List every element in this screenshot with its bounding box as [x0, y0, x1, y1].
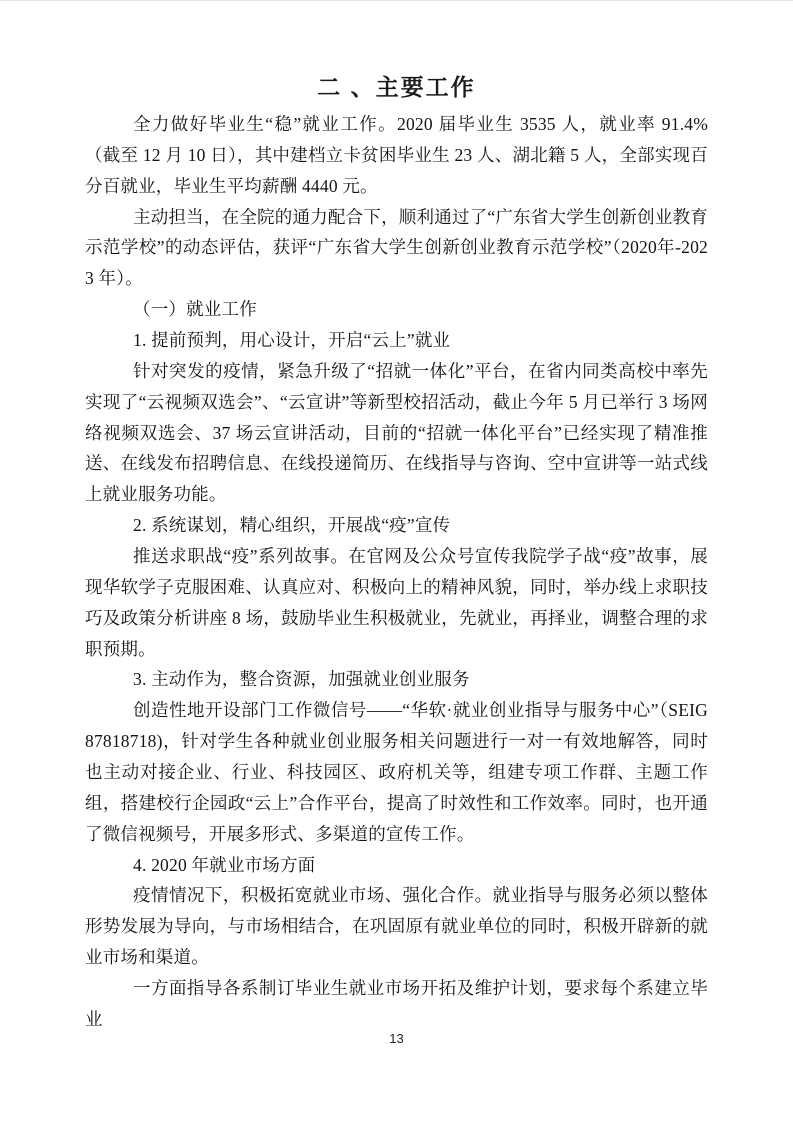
page-number: 13	[0, 1031, 793, 1046]
paragraph: 针对突发的疫情，紧急升级了“招就一体化”平台，在省内同类高校中率先实现了“云视频…	[85, 356, 708, 510]
paragraph: 全力做好毕业生“稳”就业工作。2020 届毕业生 3535 人，就业率 91.4…	[85, 109, 708, 202]
numbered-heading: 4. 2020 年就业市场方面	[85, 850, 708, 881]
document-page: 二 、主要工作 全力做好毕业生“稳”就业工作。2020 届毕业生 3535 人，…	[0, 0, 793, 1122]
section-heading: （一）就业工作	[85, 294, 708, 325]
paragraph: 主动担当，在全院的通力配合下，顺利通过了“广东省大学生创新创业教育示范学校”的动…	[85, 202, 708, 295]
paragraph: 一方面指导各系制订毕业生就业市场开拓及维护计划，要求每个系建立毕业	[85, 973, 708, 1035]
paragraph: 创造性地开设部门工作微信号——“华软·就业创业指导与服务中心”（SEIG8781…	[85, 695, 708, 849]
paragraph: 疫情情况下，积极拓宽就业市场、强化合作。就业指导与服务必须以整体形势发展为导向，…	[85, 880, 708, 973]
numbered-heading: 1. 提前预判，用心设计，开启“云上”就业	[85, 325, 708, 356]
document-content: 二 、主要工作 全力做好毕业生“稳”就业工作。2020 届毕业生 3535 人，…	[85, 71, 708, 1035]
numbered-heading: 2. 系统谋划，精心组织，开展战“疫”宣传	[85, 510, 708, 541]
paragraph: 推送求职战“疫”系列故事。在官网及公众号宣传我院学子战“疫”故事，展现华软学子克…	[85, 541, 708, 664]
page-title: 二 、主要工作	[85, 71, 708, 103]
numbered-heading: 3. 主动作为，整合资源，加强就业创业服务	[85, 664, 708, 695]
